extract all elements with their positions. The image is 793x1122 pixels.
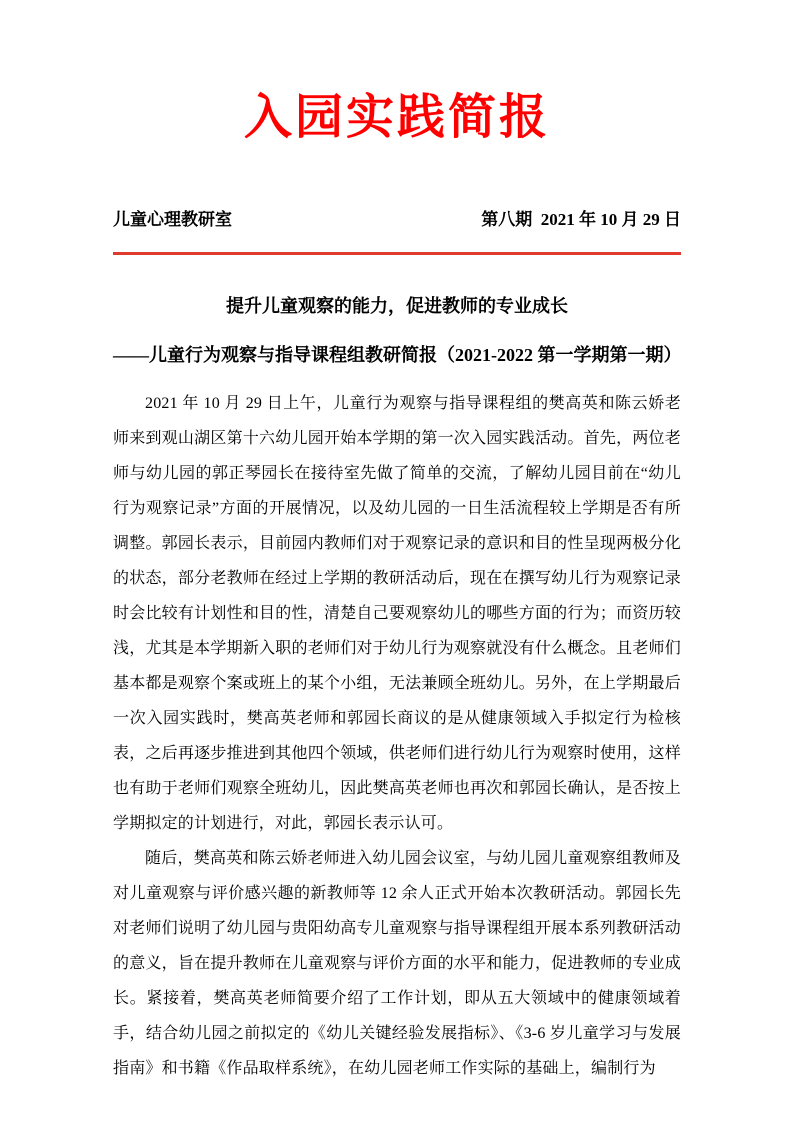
body-paragraph-2: 随后，樊高英和陈云娇老师进入幼儿园会议室，与幼儿园儿童观察组教师及对儿童观察与评… (113, 841, 681, 1086)
document-content: 入园实践简报 儿童心理教研室 第八期 2021 年 10 月 29 日 提升儿童… (0, 0, 793, 1086)
masthead: 儿童心理教研室 第八期 2021 年 10 月 29 日 (113, 208, 681, 232)
body-paragraph-1: 2021 年 10 月 29 日上午，儿童行为观察与指导课程组的樊高英和陈云娇老… (113, 386, 681, 841)
document-title: 入园实践简报 (113, 88, 681, 148)
masthead-issue-date: 第八期 2021 年 10 月 29 日 (481, 208, 681, 232)
document-page: 入园实践简报 儿童心理教研室 第八期 2021 年 10 月 29 日 提升儿童… (0, 0, 793, 1122)
article-subheadline: ——儿童行为观察与指导课程组教研简报（2021-2022 第一学期第一期） (113, 342, 681, 368)
red-divider-rule (113, 252, 681, 255)
article-headline: 提升儿童观察的能力，促进教师的专业成长 (113, 293, 681, 319)
masthead-office: 儿童心理教研室 (113, 208, 232, 232)
article-body: 2021 年 10 月 29 日上午，儿童行为观察与指导课程组的樊高英和陈云娇老… (113, 386, 681, 1086)
